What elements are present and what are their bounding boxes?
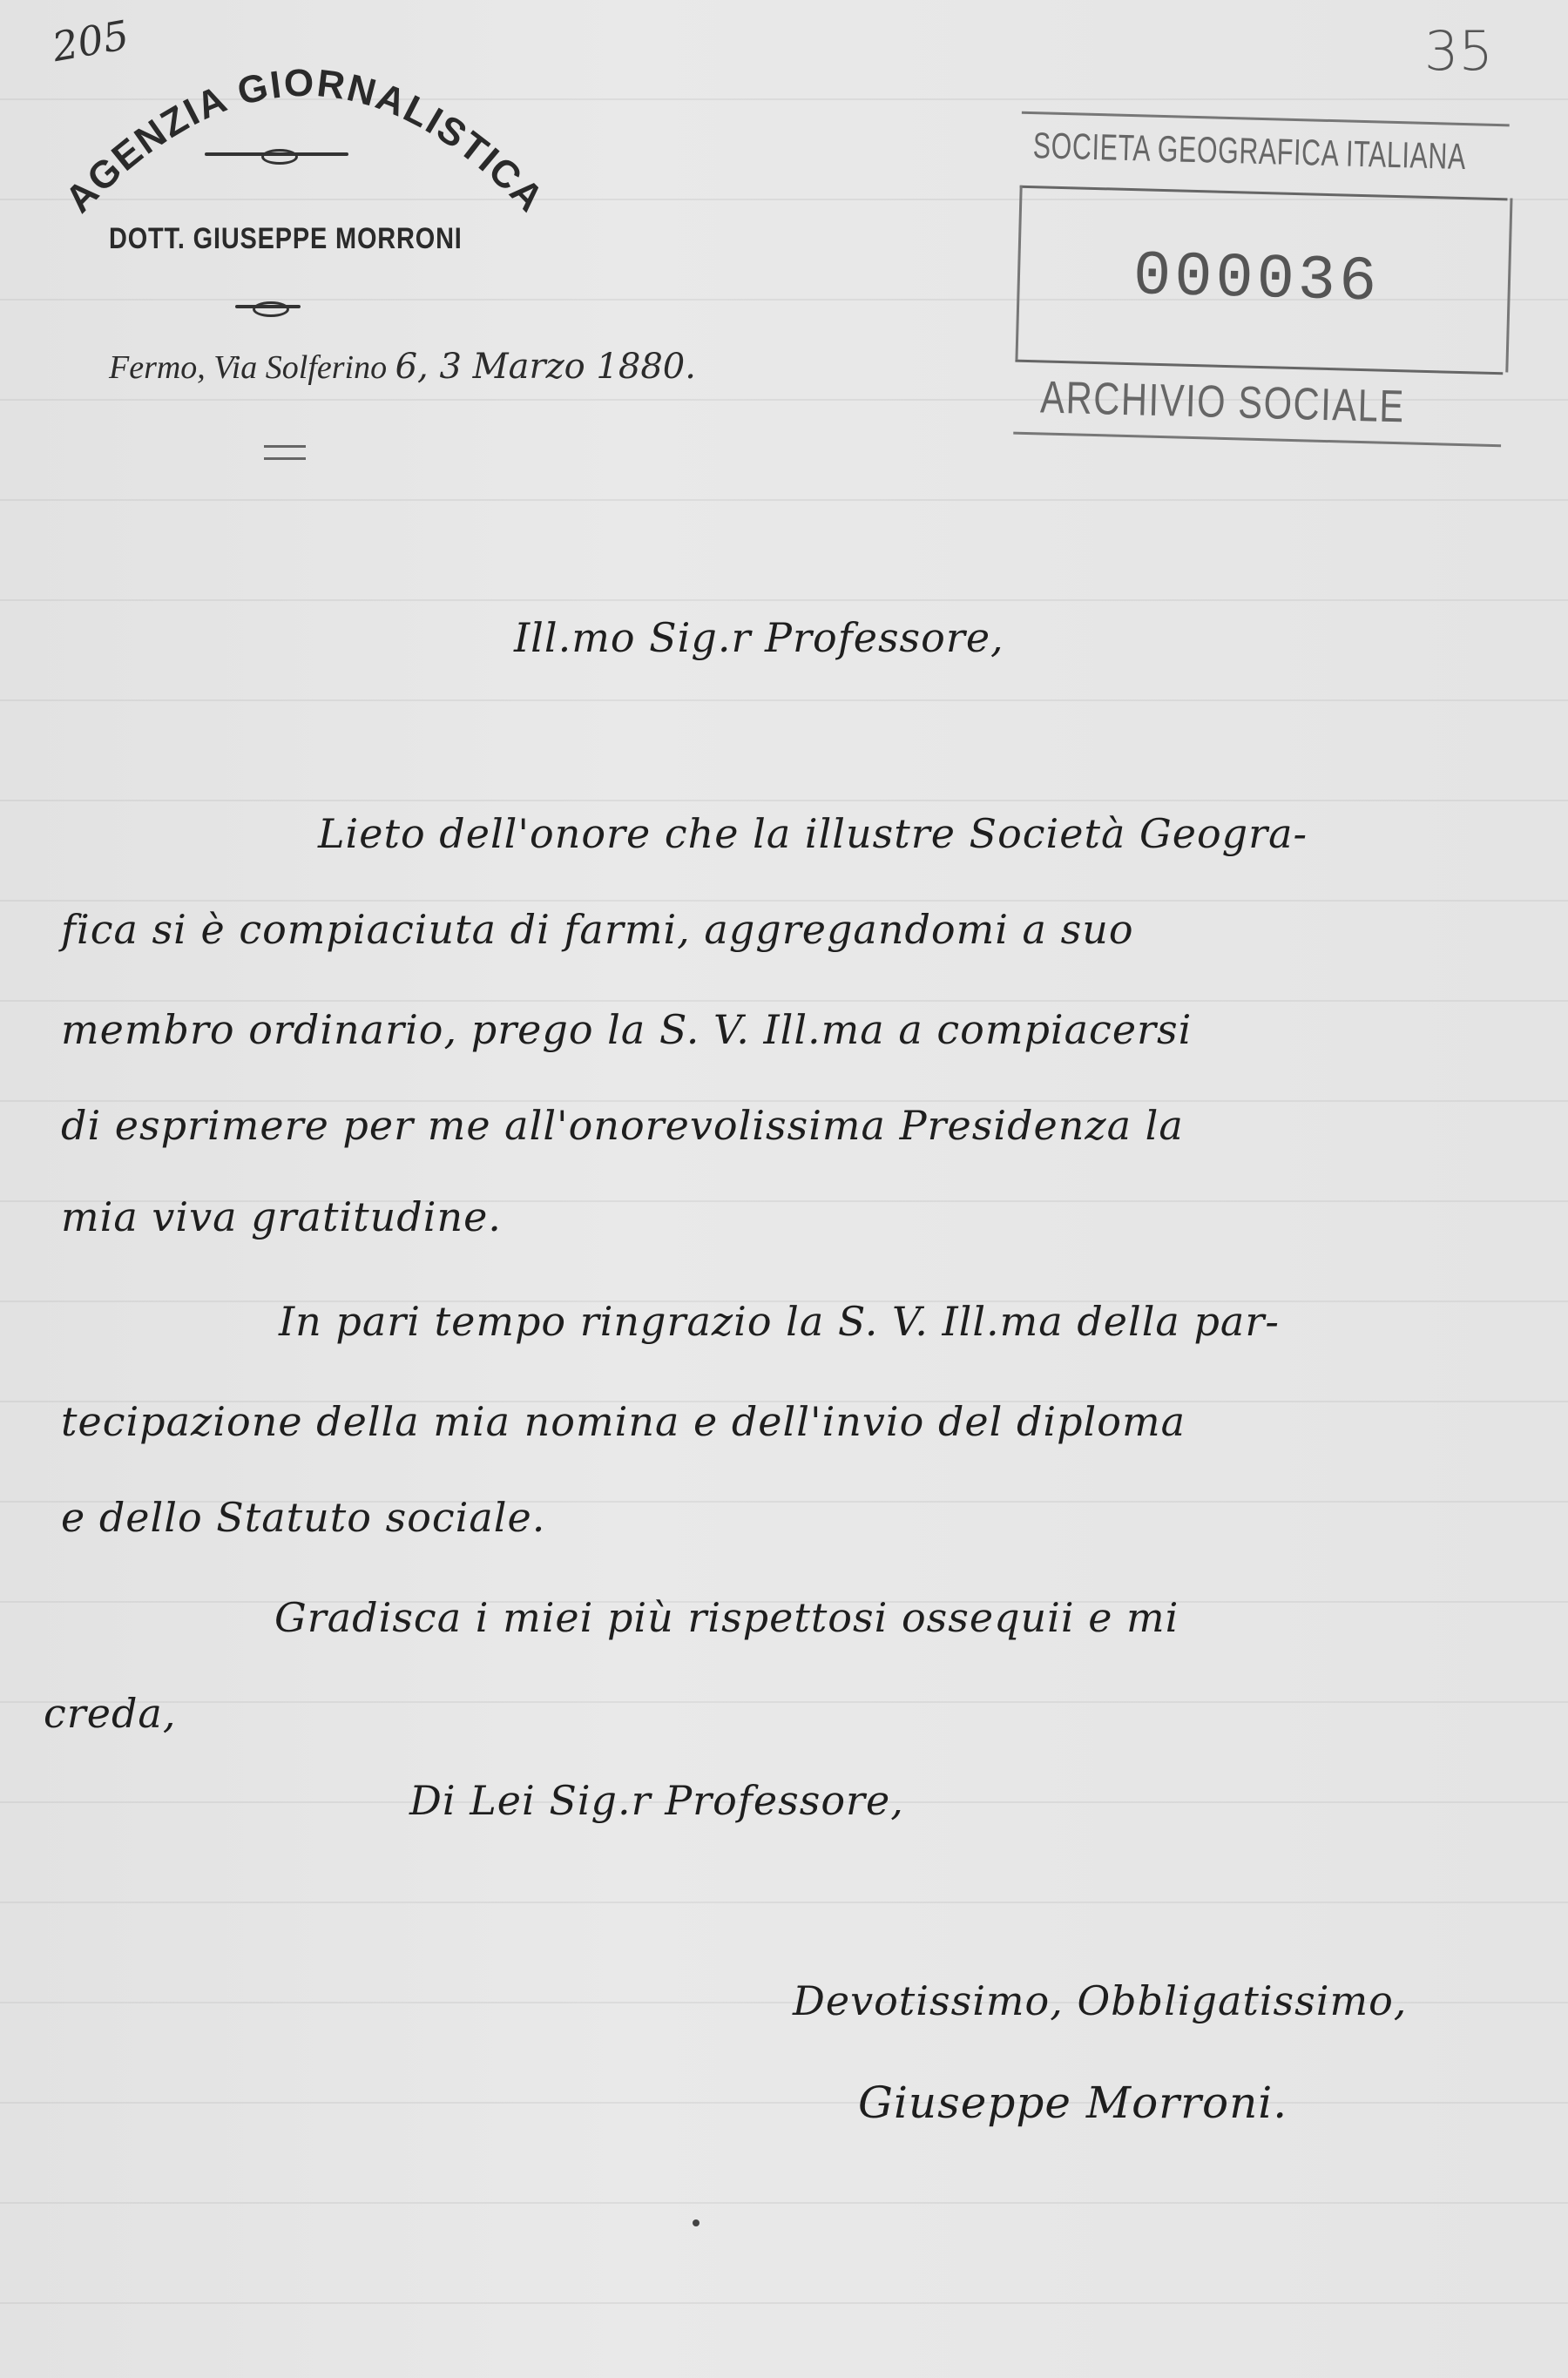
svg-text:AGENZIA GIORNALISTICA: AGENZIA GIORNALISTICA [61, 62, 549, 221]
stamp-label: ARCHIVIO SOCIALE [1040, 371, 1406, 433]
letterhead-agency: AGENZIA GIORNALISTICA [61, 62, 549, 221]
stamp-institution: SOCIETA GEOGRAFICA ITALIANA [1032, 125, 1466, 178]
body-line: In pari tempo ringrazio la S. V. Ill.ma … [279, 1298, 1280, 1345]
body-line: fica si è compiaciuta di farmi, aggregan… [61, 906, 1134, 953]
body-line: Lieto dell'onore che la illustre Società… [318, 810, 1308, 857]
body-line: di esprimere per me all'onorevolissima P… [61, 1102, 1184, 1149]
letterhead-agency-arc: AGENZIA GIORNALISTICA [61, 35, 549, 226]
body-line: e dello Statuto sociale. [61, 1494, 545, 1541]
ornament-divider [235, 305, 301, 308]
signature-name: Giuseppe Morroni. [858, 2077, 1288, 2128]
body-line: membro ordinario, prego la S. V. Ill.ma … [61, 1006, 1192, 1053]
address-handwritten-date: 6, 3 Marzo 1880. [395, 347, 696, 387]
salutation: Ill.mo Sig.r Professore, [514, 614, 1004, 661]
stamp-number: 000036 [1132, 240, 1381, 318]
valediction: Devotissimo, Obbligatissimo, [793, 1977, 1407, 2024]
body-line: tecipazione della mia nomina e dell'invi… [61, 1398, 1186, 1445]
double-rule [264, 445, 306, 460]
address-printed: Fermo, Via Solferino [109, 349, 387, 386]
letterhead-address: Fermo, Via Solferino 6, 3 Marzo 1880. [109, 347, 696, 387]
body-line: creda, [44, 1690, 176, 1737]
page-number: 35 [1424, 19, 1493, 83]
ornament-divider [205, 152, 348, 156]
archive-stamp: SOCIETA GEOGRAFICA ITALIANA 000036 ARCHI… [1013, 111, 1509, 447]
body-line: mia viva gratitudine. [61, 1193, 502, 1240]
closing: Di Lei Sig.r Professore, [409, 1777, 904, 1824]
letterhead-owner: DOTT. GIUSEPPE MORRONI [109, 222, 463, 256]
ink-dot [693, 2219, 700, 2226]
body-line: Gradisca i miei più rispettosi ossequii … [274, 1594, 1179, 1641]
